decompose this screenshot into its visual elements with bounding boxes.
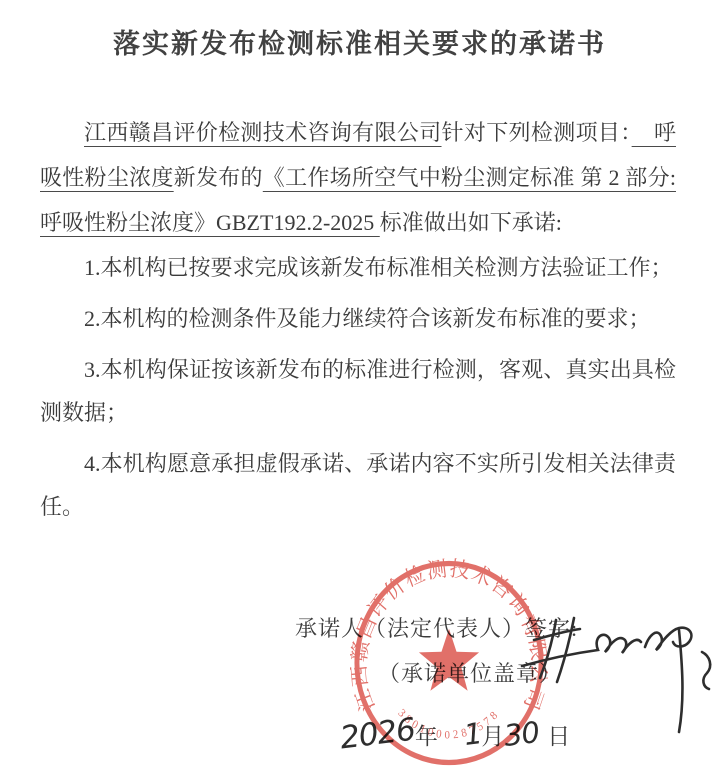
signature-scribble <box>518 586 718 776</box>
intro-lead-in: 针对下列检测项目： <box>442 120 632 145</box>
commitment-item-2: 2.本机构的检测条件及能力继续符合该新发布标准的要求； <box>40 297 676 340</box>
commitment-item-3: 3.本机构保证按该新发布的标准进行检测，客观、真实出具检测数据； <box>40 348 676 434</box>
commitment-item-4: 4.本机构愿意承担虚假承诺、承诺内容不实所引发相关法律责任。 <box>40 442 676 528</box>
intro-tail: 标准做出如下承诺: <box>380 210 562 235</box>
handwritten-month: 1 <box>462 716 483 752</box>
handwritten-year: 2026 <box>338 712 417 757</box>
company-name-underlined: 江西赣昌评价检测技术咨询有限公司 <box>84 120 442 145</box>
year-unit: 年 <box>415 724 438 749</box>
intro-connector: 新发布的 <box>174 165 263 190</box>
commitment-item-1: 1.本机构已按要求完成该新发布标准相关检测方法验证工作； <box>40 246 676 289</box>
intro-paragraph: 江西赣昌评价检测技术咨询有限公司针对下列检测项目： 呼吸性粉尘浓度新发布的《工作… <box>40 110 676 245</box>
month-unit: 月 <box>481 724 504 749</box>
commitment-list: 1.本机构已按要求完成该新发布标准相关检测方法验证工作； 2.本机构的检测条件及… <box>40 246 676 536</box>
document-title: 落实新发布检测标准相关要求的承诺书 <box>0 22 719 61</box>
